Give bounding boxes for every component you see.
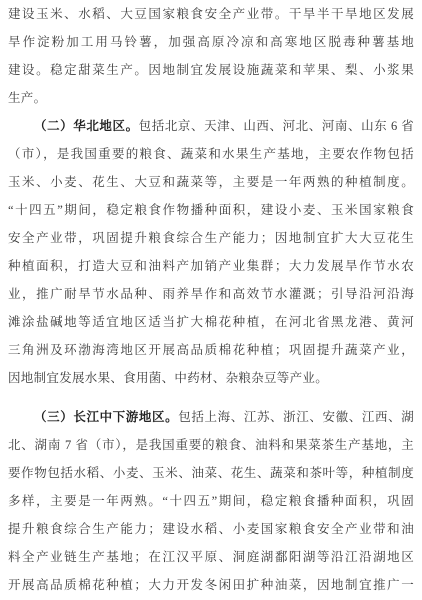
text-line: 提升粮食综合生产能力；建设水稻、小麦国家粮食安全产业带和油 — [8, 515, 414, 543]
text-line: 安全产业带，巩固提升粮食综合生产能力；因地制宜扩大大豆花生 — [8, 224, 414, 252]
section-heading-north-china: （二）华北地区。 — [34, 119, 139, 133]
line-text: 业，推广耐旱节水品种、雨养旱作和高效节水灌溉；引导沿河沿海 — [8, 287, 414, 301]
line-text: 玉米、小麦、花生、大豆和蔬菜等，主要是一年两熟的种植制度。 — [8, 175, 414, 189]
paragraph-start-line: （二）华北地区。包括北京、天津、山西、河北、河南、山东 6 省 — [8, 112, 414, 140]
text-line: （市），是我国重要的粮食、蔬菜和水果生产基地，主要农作物包括 — [8, 140, 414, 168]
line-text: 建设。稳定甜菜生产。因地制宜发展设施蔬菜和苹果、梨、小浆果 — [8, 63, 414, 77]
line-text: 因地制宜发展水果、食用菌、中药材、杂粮杂豆等产业。 — [8, 371, 328, 385]
line-text: “十四五”期间，稳定粮食作物播种面积，建设小麦、玉米国家粮食 — [8, 203, 414, 217]
text-line: 北、湖南 7 省（市），是我国重要的粮食、油料和果菜茶生产基地，主 — [8, 431, 414, 459]
text-line: 滩涂盐碱地等适宜地区适当扩大棉花种植，在河北省黑龙港、黄河 — [8, 308, 414, 336]
text-line: 料全产业链生产基地；在江汉平原、洞庭湖鄱阳湖等沿江沿湖地区 — [8, 543, 414, 571]
text-line: 玉米、小麦、花生、大豆和蔬菜等，主要是一年两熟的种植制度。 — [8, 168, 414, 196]
text-line: 开展高品质棉花种植；大力开发冬闲田扩种油菜，因地制宜推广一 — [8, 571, 414, 599]
line-text: （市），是我国重要的粮食、蔬菜和水果生产基地，主要农作物包括 — [8, 147, 414, 161]
line-text: 安全产业带，巩固提升粮食综合生产能力；因地制宜扩大大豆花生 — [8, 231, 414, 245]
line-text: 北、湖南 7 省（市），是我国重要的粮食、油料和果菜茶生产基地，主 — [8, 438, 414, 452]
text-line: 三角洲及环渤海湾地区开展高品质棉花种植；巩固提升蔬菜产业， — [8, 336, 414, 364]
text-line: 建设玉米、水稻、大豆国家粮食安全产业带。干旱半干旱地区发展 — [8, 0, 414, 28]
text-line: 建设。稳定甜菜生产。因地制宜发展设施蔬菜和苹果、梨、小浆果 — [8, 56, 414, 84]
line-text: 滩涂盐碱地等适宜地区适当扩大棉花种植，在河北省黑龙港、黄河 — [8, 315, 414, 329]
line-text: 包括北京、天津、山西、河北、河南、山东 6 省 — [139, 119, 414, 133]
text-line: 种植面积，打造大豆和油料产加销产业集群；大力发展旱作节水农 — [8, 252, 414, 280]
line-text: 料全产业链生产基地；在江汉平原、洞庭湖鄱阳湖等沿江沿湖地区 — [8, 550, 414, 564]
line-text: 包括上海、江苏、浙江、安徽、江西、湖 — [178, 410, 414, 424]
line-text: 提升粮食综合生产能力；建设水稻、小麦国家粮食安全产业带和油 — [8, 522, 414, 536]
text-line: “十四五”期间，稳定粮食作物播种面积，建设小麦、玉米国家粮食 — [8, 196, 414, 224]
line-text: 三角洲及环渤海湾地区开展高品质棉花种植；巩固提升蔬菜产业， — [8, 343, 414, 357]
paragraph-end-line: 生产。 — [8, 84, 414, 112]
text-line: 多样，主要是一年两熟。“十四五”期间，稳定粮食播种面积，巩固 — [8, 487, 414, 515]
text-line: 旱作淀粉加工用马铃薯，加强高原冷凉和高寒地区脱毒种薯基地 — [8, 28, 414, 56]
line-text: 建设玉米、水稻、大豆国家粮食安全产业带。干旱半干旱地区发展 — [8, 7, 414, 21]
text-line: 业，推广耐旱节水品种、雨养旱作和高效节水灌溉；引导沿河沿海 — [8, 280, 414, 308]
text-line: 要作物包括水稻、小麦、玉米、油菜、花生、蔬菜和茶叶等，种植制度 — [8, 459, 414, 487]
line-text: 开展高品质棉花种植；大力开发冬闲田扩种油菜，因地制宜推广一 — [8, 578, 414, 592]
document-page: 建设玉米、水稻、大豆国家粮食安全产业带。干旱半干旱地区发展 旱作淀粉加工用马铃薯… — [0, 0, 422, 600]
paragraph-end-line: 因地制宜发展水果、食用菌、中药材、杂粮杂豆等产业。 — [8, 364, 414, 392]
section-heading-middle-lower-yangtze: （三）长江中下游地区。 — [34, 410, 178, 424]
line-text: 种植面积，打造大豆和油料产加销产业集群；大力发展旱作节水农 — [8, 259, 414, 273]
paragraph-start-line: （三）长江中下游地区。包括上海、江苏、浙江、安徽、江西、湖 — [8, 403, 414, 431]
line-text: 旱作淀粉加工用马铃薯，加强高原冷凉和高寒地区脱毒种薯基地 — [8, 35, 414, 49]
line-text: 生产。 — [8, 91, 46, 105]
line-text: 多样，主要是一年两熟。“十四五”期间，稳定粮食播种面积，巩固 — [8, 494, 414, 508]
line-text: 要作物包括水稻、小麦、玉米、油菜、花生、蔬菜和茶叶等，种植制度 — [8, 466, 414, 480]
